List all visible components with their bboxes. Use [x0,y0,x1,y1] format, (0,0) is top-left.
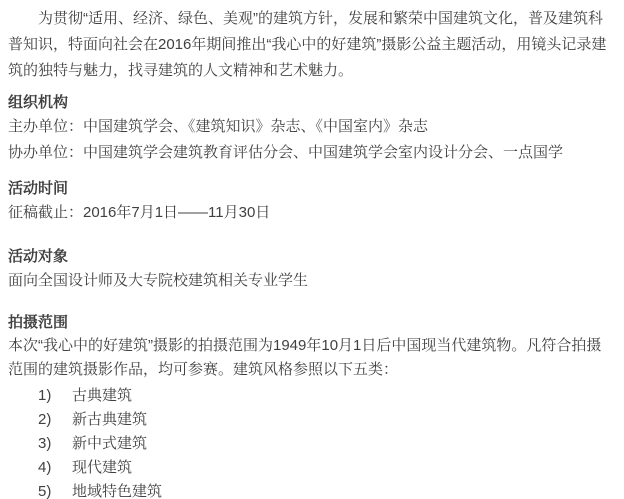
list-item-label: 现代建筑 [72,459,132,476]
list-item: 2)新古典建筑 [8,408,616,432]
audience-line: 面向全国设计师及大专院校建筑相关专业学生 [8,268,616,294]
section-heading-organization: 组织机构 [8,92,616,114]
list-item-number: 4) [38,456,72,480]
list-item-label: 古典建筑 [72,387,132,404]
list-item-number: 1) [38,384,72,408]
intro-paragraph: 为贯彻“适用、经济、绿色、美观”的建筑方针，发展和繁荣中国建筑文化，普及建筑科普… [8,6,616,84]
list-item-number: 5) [38,480,72,499]
section-heading-shooting-scope: 拍摄范围 [8,312,616,334]
scope-paragraph: 本次“我心中的好建筑”摄影的拍摄范围为1949年10月1日后中国现当代建筑物。凡… [8,334,616,382]
architecture-style-list: 1)古典建筑 2)新古典建筑 3)新中式建筑 4)现代建筑 5)地域特色建筑 [8,384,616,499]
list-item-label: 新古典建筑 [72,411,147,428]
deadline-line: 征稿截止：2016年7月1日——11月30日 [8,200,616,226]
list-item: 5)地域特色建筑 [8,480,616,499]
co-organizer-line: 协办单位：中国建筑学会建筑教育评估分会、中国建筑学会室内设计分会、一点国学 [8,140,616,166]
list-item: 3)新中式建筑 [8,432,616,456]
section-shooting-scope: 拍摄范围 本次“我心中的好建筑”摄影的拍摄范围为1949年10月1日后中国现当代… [8,312,616,499]
section-event-time: 活动时间 征稿截止：2016年7月1日——11月30日 [8,178,616,226]
document-body: 为贯彻“适用、经济、绿色、美观”的建筑方针，发展和繁荣中国建筑文化，普及建筑科普… [0,0,624,499]
list-item-label: 新中式建筑 [72,435,147,452]
list-item: 1)古典建筑 [8,384,616,408]
section-heading-event-time: 活动时间 [8,178,616,200]
list-item: 4)现代建筑 [8,456,616,480]
list-item-label: 地域特色建筑 [72,483,162,499]
list-item-number: 2) [38,408,72,432]
list-item-number: 3) [38,432,72,456]
section-audience: 活动对象 面向全国设计师及大专院校建筑相关专业学生 [8,246,616,294]
section-heading-audience: 活动对象 [8,246,616,268]
organizer-line: 主办单位：中国建筑学会、《建筑知识》杂志、《中国室内》杂志 [8,114,616,140]
section-organization: 组织机构 主办单位：中国建筑学会、《建筑知识》杂志、《中国室内》杂志 协办单位：… [8,92,616,166]
